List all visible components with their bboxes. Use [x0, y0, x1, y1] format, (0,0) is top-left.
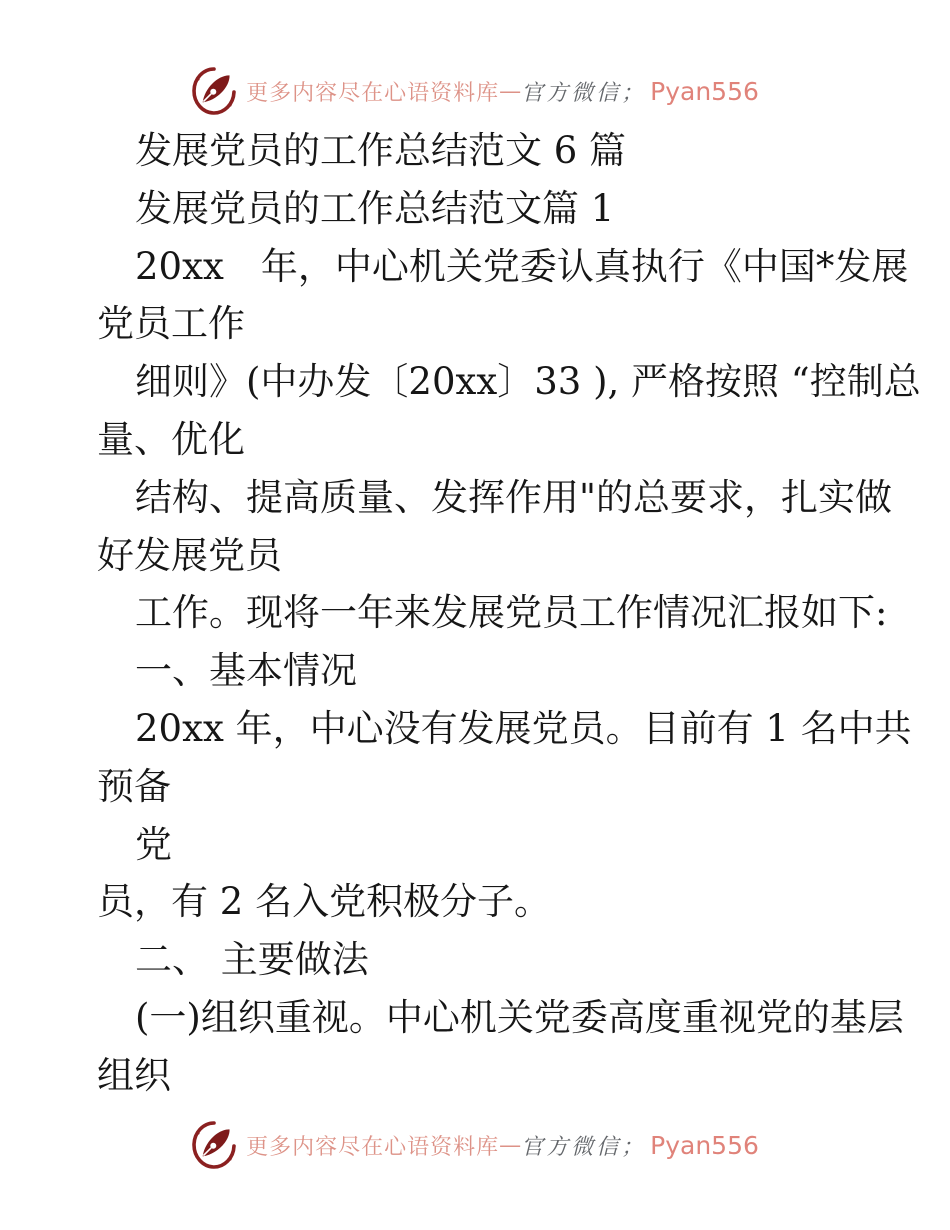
document-line: 20xx 年，中心没有发展党员。目前有 1 名中共 [0, 700, 950, 758]
banner-dash: — [499, 1133, 521, 1158]
banner-brand-text: 更多内容尽在心语资料库 [246, 1130, 499, 1161]
banner-brand-text: 更多内容尽在心语资料库 [246, 76, 499, 107]
document-line: 细则》(中办发〔20xx〕33 ), 严格按照 “控制总 [0, 353, 950, 411]
header-banner: 更多内容尽在心语资料库—官方微信；Pyan556 [0, 62, 950, 120]
document-line: 组织 [0, 1047, 950, 1105]
document-line: 员，有 2 名入党积极分子。 [0, 873, 950, 931]
document-line: 工作。现将一年来发展党员工作情况汇报如下: [0, 584, 950, 642]
document-line: 好发展党员 [0, 527, 950, 585]
banner-wechat-label: 官方微信； [521, 1130, 646, 1161]
pen-nib-circle-icon [191, 1120, 237, 1170]
document-page: 更多内容尽在心语资料库—官方微信；Pyan556 发展党员的工作总结范文 6 篇… [0, 0, 950, 1230]
document-line: 发展党员的工作总结范文 6 篇 [0, 122, 950, 180]
document-line: 20xx 年，中心机关党委认真执行《中国*发展 [0, 238, 950, 296]
footer-banner: 更多内容尽在心语资料库—官方微信；Pyan556 [0, 1116, 950, 1174]
document-line: 发展党员的工作总结范文篇 1 [0, 180, 950, 238]
document-line: 量、优化 [0, 411, 950, 469]
document-line: 结构、提高质量、发挥作用"的总要求，扎实做 [0, 469, 950, 527]
banner-wechat-id: Pyan556 [650, 77, 759, 106]
document-line: 二、 主要做法 [0, 931, 950, 989]
document-line: 党员工作 [0, 295, 950, 353]
pen-nib-circle-icon [191, 66, 237, 116]
banner-wechat-id: Pyan556 [650, 1131, 759, 1160]
document-line: 一、基本情况 [0, 642, 950, 700]
document-body: 发展党员的工作总结范文 6 篇发展党员的工作总结范文篇 120xx 年，中心机关… [0, 122, 950, 1105]
document-line: 党 [0, 816, 950, 874]
document-line: (一)组织重视。中心机关党委高度重视党的基层 [0, 989, 950, 1047]
banner-wechat-label: 官方微信； [521, 76, 646, 107]
document-line: 预备 [0, 758, 950, 816]
banner-dash: — [499, 79, 521, 104]
